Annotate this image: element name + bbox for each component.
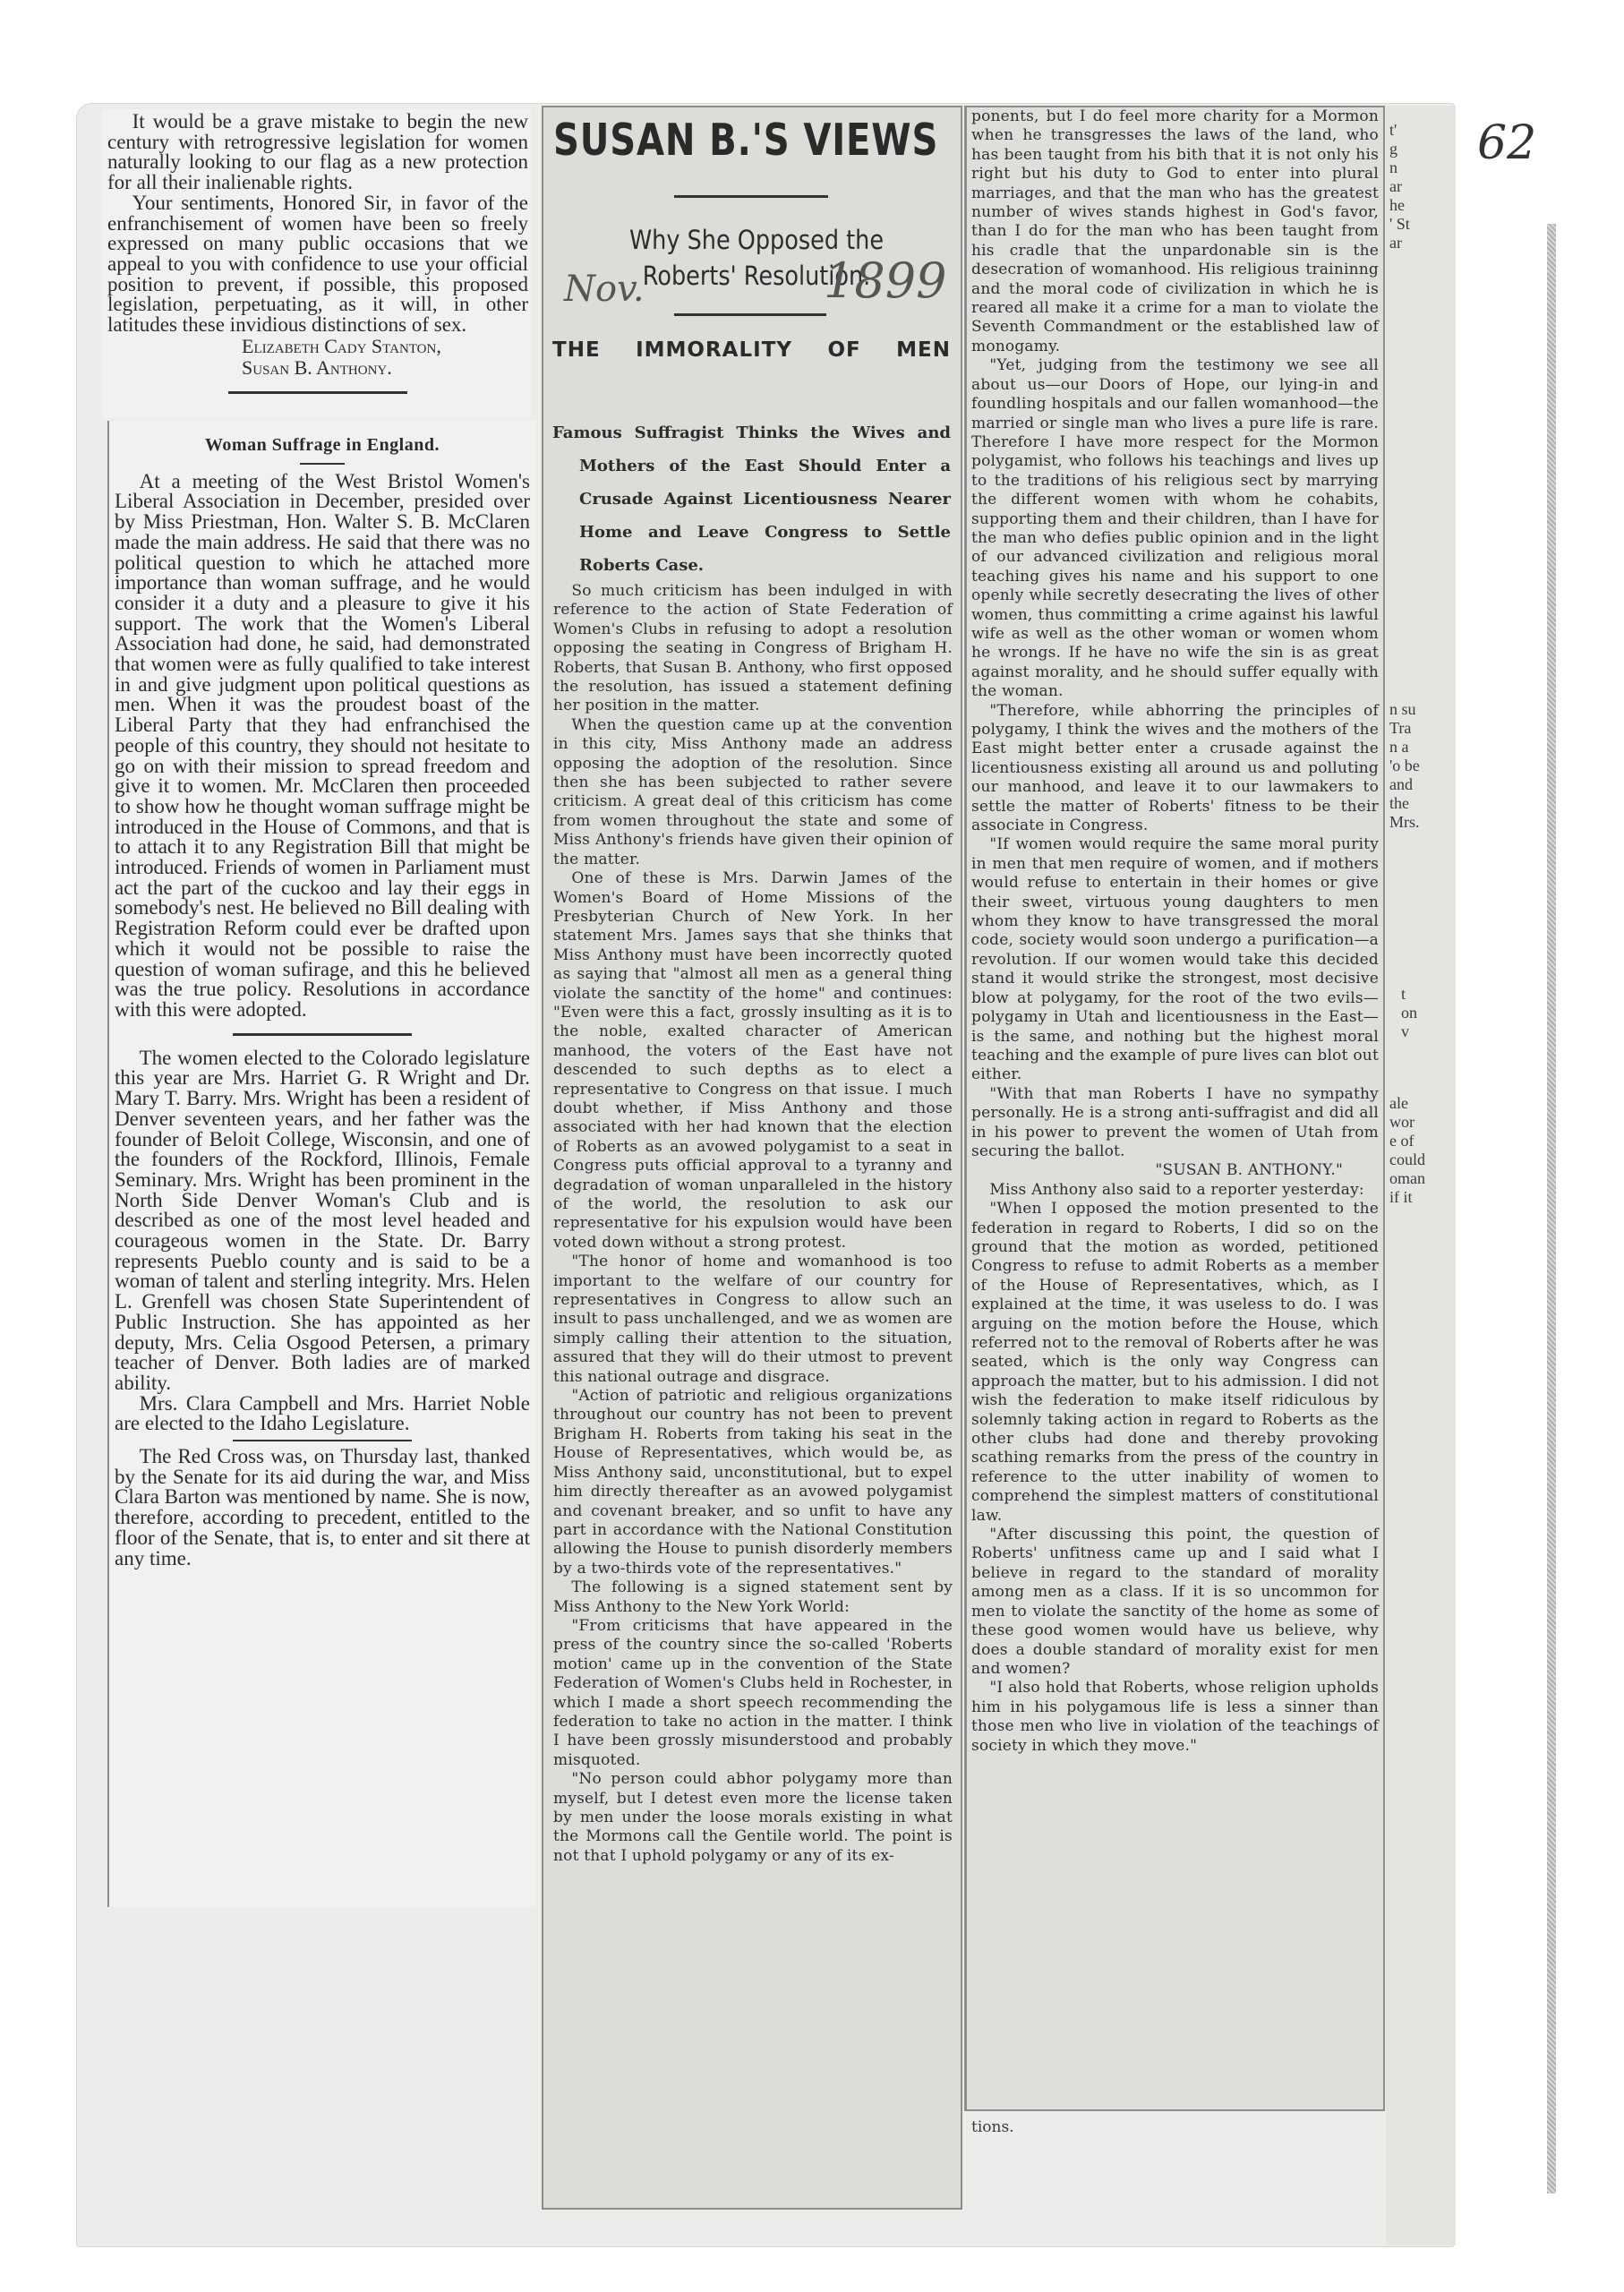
divider [233,1033,412,1036]
fragment-text: t on v [1401,985,1417,1041]
article-body-middle: So much criticism has been indulged in w… [553,582,953,1866]
article-paragraph: ponents, but I do feel more charity for … [971,107,1379,356]
divider [228,391,407,394]
fragment-text: t' g n ar he ' St ar [1389,121,1410,252]
article-paragraph: "From criticisms that have appeared in t… [553,1617,953,1770]
letter-signatures: Elizabeth Cady Stanton, Susan B. Anthony… [107,336,528,379]
article-paragraph: "When I opposed the motion presented to … [971,1200,1379,1526]
fragment-text: n su Tra n a 'o be and the Mrs. [1389,700,1420,832]
divider [674,313,826,316]
statement-signature: "SUSAN B. ANTHONY." [971,1161,1379,1180]
torn-edge [1547,224,1556,2194]
red-cross-paragraph: The Red Cross was, on Thursday last, tha… [115,1447,530,1569]
letter-paragraph: Your sentiments, Honored Sir, in favor o… [107,193,528,336]
handwritten-page-number: 62 [1477,116,1536,170]
divider [300,463,345,465]
article-paragraph: "With that man Roberts I have no sympath… [971,1085,1379,1162]
article-paragraph: The following is a signed statement sent… [553,1578,953,1617]
idaho-paragraph: Mrs. Clara Campbell and Mrs. Harriet Nob… [115,1394,530,1434]
letter-paragraph: It would be a grave mistake to begin the… [107,112,528,193]
article-paragraph: "After discussing this point, the questi… [971,1526,1379,1679]
letter-excerpt: It would be a grave mistake to begin the… [107,112,528,401]
article-paragraph: "The honor of home and womanhood is too … [553,1253,953,1387]
article-paragraph: "I also hold that Roberts, whose religio… [971,1679,1379,1756]
divider [674,195,828,198]
divider [233,1440,412,1441]
fragment-text: ale wor e of could oman if it [1389,1094,1425,1207]
article-paragraph: One of these is Mrs. Darwin James of the… [553,869,953,1253]
article-paragraph: "Therefore, while abhorring the principl… [971,702,1379,836]
handwritten-month: Nov. [564,269,645,310]
overflow-word: tions. [971,2118,1014,2137]
article-paragraph: "Action of patriotic and religious organ… [553,1387,953,1578]
headline: SUSAN B.'S VIEWS [553,115,880,166]
article-paragraph: "No person could abhor polygamy more tha… [553,1770,953,1866]
news-items-column: Woman Suffrage in England. At a meeting … [115,428,530,1569]
article-body: At a meeting of the West Bristol Women's… [115,472,530,1021]
article-deck: Famous Suffragist Thinks the Wives and M… [552,416,951,582]
colorado-paragraph: The women elected to the Colorado legisl… [115,1048,530,1394]
article-paragraph: "If women would require the same moral p… [971,835,1379,1084]
article-paragraph: Miss Anthony also said to a reporter yes… [971,1181,1379,1200]
article-heading: Woman Suffrage in England. [115,435,530,456]
article-paragraph: So much criticism has been indulged in w… [553,582,953,716]
article-body-right: ponents, but I do feel more charity for … [971,107,1379,1756]
handwritten-year: 1899 [824,252,946,309]
section-title: THE IMMORALITY OF MEN [552,338,951,362]
article-paragraph: When the question came up at the convent… [553,716,953,869]
article-paragraph: "Yet, judging from the testimony we see … [971,356,1379,701]
